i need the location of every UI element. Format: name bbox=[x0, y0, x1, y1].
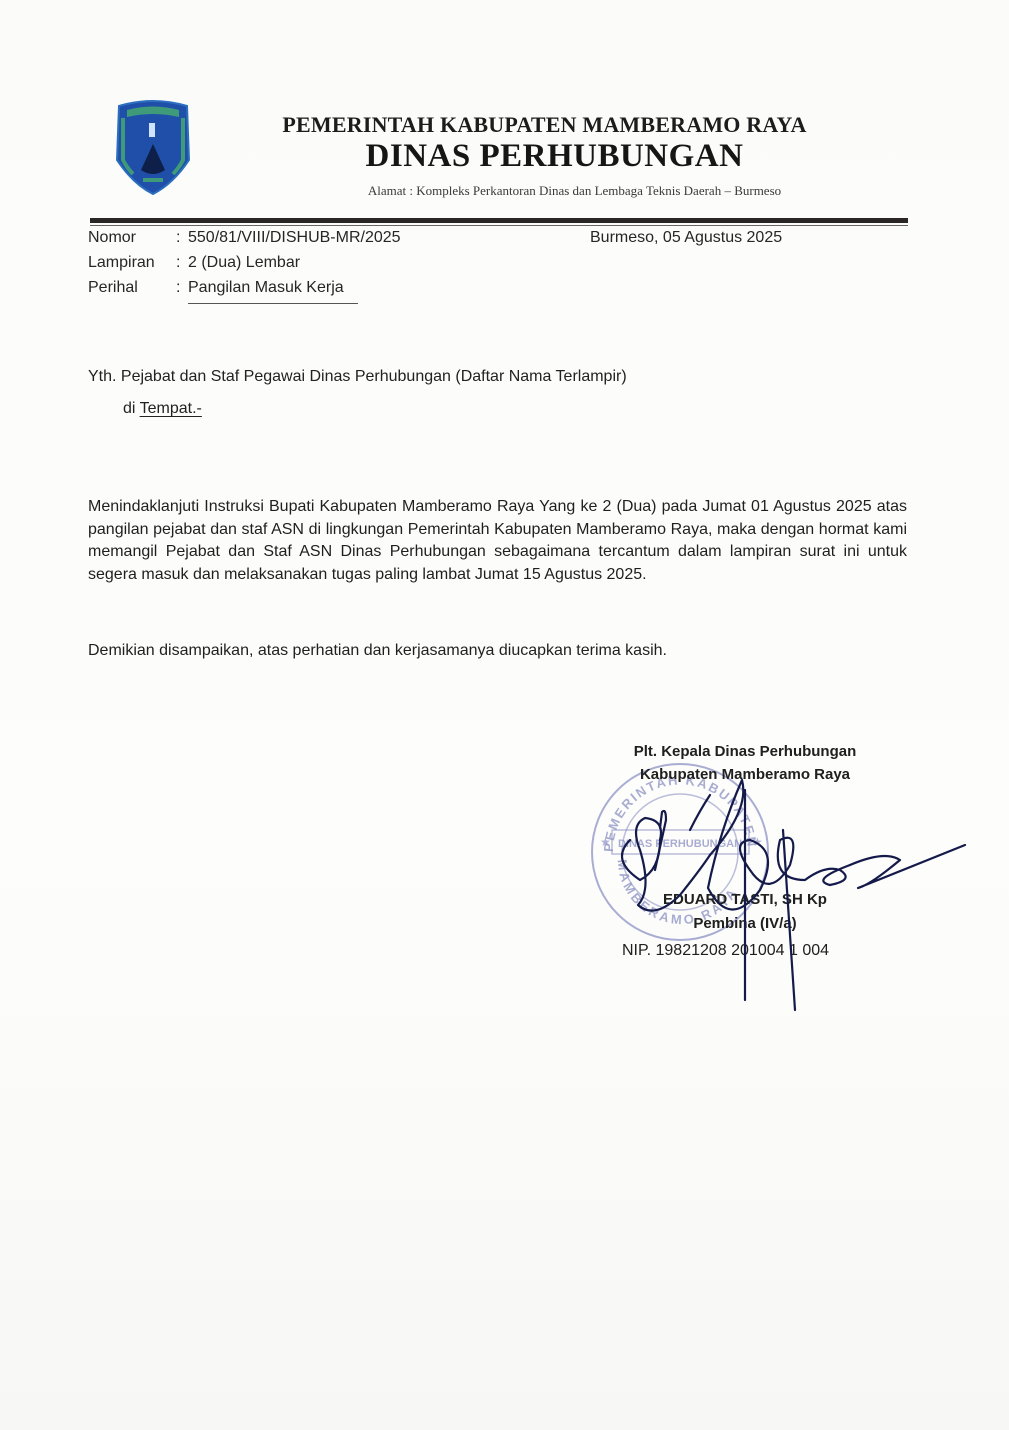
addressee: Yth. Pejabat dan Staf Pegawai Dinas Perh… bbox=[88, 368, 627, 386]
nomor-label: Nomor bbox=[88, 229, 176, 247]
lampiran-value: 2 (Dua) Lembar bbox=[188, 254, 300, 271]
colon: : bbox=[176, 254, 188, 272]
colon: : bbox=[176, 279, 188, 297]
attachment-row: Lampiran:2 (Dua) Lembar bbox=[88, 254, 300, 272]
letter-page: PEMERINTAH KABUPATEN MAMBERAMO RAYA DINA… bbox=[0, 0, 1009, 1430]
agency-address: Alamat : Kompleks Perkantoran Dinas dan … bbox=[0, 183, 1009, 199]
perihal-label: Perihal bbox=[88, 279, 176, 297]
subject-row: Perihal:Pangilan Masuk Kerja bbox=[88, 279, 358, 304]
place-text: Tempat.- bbox=[140, 400, 202, 417]
agency-name: DINAS PERHUBUNGAN bbox=[0, 138, 1009, 175]
nomor-value: 550/81/VIII/DISHUB-MR/2025 bbox=[188, 229, 401, 246]
reference-number-row: Nomor:550/81/VIII/DISHUB-MR/2025 bbox=[88, 229, 401, 247]
body-paragraph: Menindaklanjuti Instruksi Bupati Kabupat… bbox=[88, 496, 907, 586]
di-text: di bbox=[123, 400, 135, 417]
colon: : bbox=[176, 229, 188, 247]
closing-sentence: Demikian disampaikan, atas perhatian dan… bbox=[88, 642, 667, 660]
letterhead-divider-thin bbox=[90, 225, 908, 226]
perihal-value: Pangilan Masuk Kerja bbox=[188, 279, 358, 304]
addressee-place: di Tempat.- bbox=[123, 400, 202, 418]
letterhead-divider bbox=[90, 218, 908, 223]
signatory-title: Plt. Kepala Dinas Perhubungan bbox=[600, 743, 890, 760]
place-date: Burmeso, 05 Agustus 2025 bbox=[590, 229, 782, 247]
lampiran-label: Lampiran bbox=[88, 254, 176, 272]
government-name: PEMERINTAH KABUPATEN MAMBERAMO RAYA bbox=[0, 112, 1009, 138]
handwritten-signature-icon bbox=[600, 770, 970, 1020]
